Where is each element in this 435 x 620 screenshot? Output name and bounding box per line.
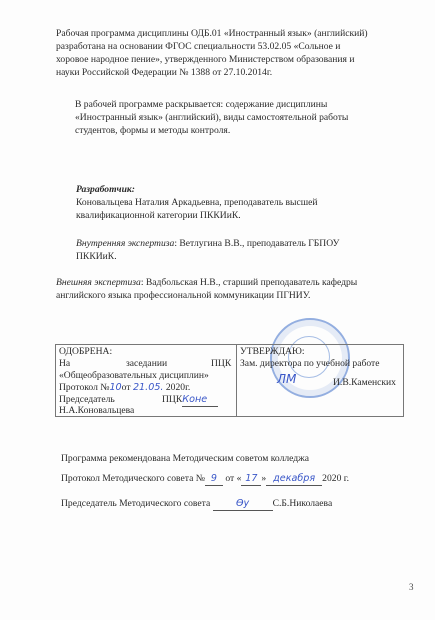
approved-protocol: Протокол №10от 21.05. 2020г. <box>59 382 190 394</box>
approval-table: ОДОБРЕНА: На заседании ПЦК «Общеобразова… <box>55 344 404 417</box>
summary-paragraph: В рабочей программе раскрывается: содерж… <box>75 98 348 137</box>
external-review-section: Внешняя экспертиза: Вадбольская Н.В., ст… <box>56 276 357 302</box>
developer-section: Разработчик: Коновальцева Наталия Аркадь… <box>76 183 318 222</box>
approved-line1-c: ПЦК <box>211 358 231 370</box>
approved-line2: «Общеобразовательных дисциплин» <box>59 370 209 382</box>
summary-line: В рабочей программе раскрывается: содерж… <box>75 98 348 111</box>
intro-line: хоровое народное пение», утвержденного М… <box>56 53 368 66</box>
confirm-role: Зам. директора по учебной работе <box>240 358 379 370</box>
intro-paragraph: Рабочая программа дисциплины ОДБ.01 «Ино… <box>56 27 368 79</box>
signature-icon: Ѳу <box>213 497 273 511</box>
developer-line: Коновальцева Наталия Аркадьевна, препода… <box>76 196 318 209</box>
summary-line: «Иностранный язык» (английский), виды са… <box>75 111 348 124</box>
developer-label: Разработчик: <box>76 183 318 196</box>
approved-cell: ОДОБРЕНА: На заседании ПЦК «Общеобразова… <box>56 345 237 416</box>
internal-review-section: Внутренняя экспертиза: Ветлугина В.В., п… <box>76 237 339 263</box>
confirm-title: УТВЕРЖДАЮ: <box>240 346 305 358</box>
approved-chair-name: Н.А.Коновальцева <box>59 405 134 417</box>
intro-line: разработана на основании ФГОС специально… <box>56 40 368 53</box>
signature-icon: Коне <box>182 394 218 407</box>
approved-line1-b: заседании <box>126 358 167 370</box>
external-review-line2: английского языка профессиональной комму… <box>56 289 357 302</box>
document-page: Рабочая программа дисциплины ОДБ.01 «Ино… <box>0 0 435 620</box>
recommendation-chair: Председатель Методического совета ѲуС.Б.… <box>61 497 332 511</box>
internal-review-label: Внутренняя экспертиза <box>76 238 174 249</box>
recommendation-line: Программа рекомендована Методическим сов… <box>61 452 309 465</box>
confirm-cell: УТВЕРЖДАЮ: Зам. директора по учебной раб… <box>237 345 403 416</box>
intro-line: науки Российской Федерации № 1388 от 27.… <box>56 66 368 79</box>
internal-review-line2: ПККИиК. <box>76 250 339 263</box>
internal-review-text: : Ветлугина В.В., преподаватель ГБПОУ <box>174 238 339 249</box>
recommendation-protocol: Протокол Методического совета №9 от «17»… <box>61 472 349 486</box>
signature-icon: ЛМ <box>277 373 296 385</box>
external-review-text: : Вадбольская Н.В., старший преподавател… <box>141 277 357 288</box>
external-review-label: Внешняя экспертиза <box>56 277 141 288</box>
page-number: 3 <box>409 582 414 592</box>
approved-line1-a: На <box>59 358 70 370</box>
developer-line: квалификационной категории ПККИиК. <box>76 209 318 222</box>
confirm-name: И.В.Каменских <box>333 377 396 389</box>
summary-line: студентов, формы и методы контроля. <box>75 124 348 137</box>
intro-line: Рабочая программа дисциплины ОДБ.01 «Ино… <box>56 27 368 40</box>
approved-chair-sign: ПЦККоне <box>162 394 218 407</box>
approved-title: ОДОБРЕНА: <box>59 346 112 358</box>
